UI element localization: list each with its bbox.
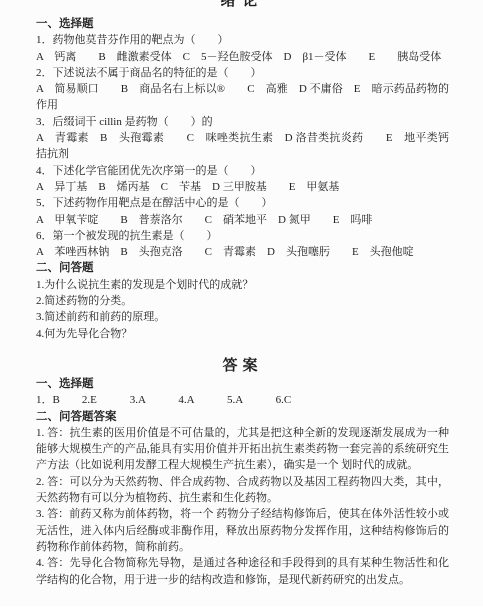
answer-paragraph: 3. 答：前药又称为前体药物，将一个 药物分子经结构修饰后，使其在体外活性较小或… — [36, 506, 449, 555]
answers-title: 答案 — [36, 356, 449, 376]
choice-section-heading: 一、选择题 — [36, 16, 449, 32]
question-text: 6．第一个被发现的抗生素是（ ） — [36, 228, 449, 244]
answer-paragraph: 1. 答：抗生素的医用价值是不可估量的，尤其是把这种全新的发现逐渐发展成为一种能… — [36, 425, 449, 474]
question-text: 5．下述药物作用靶点是在醇活中心的是（ ） — [36, 195, 449, 211]
qa-item: 4.何为先导化合物？ — [36, 326, 449, 342]
qa-section-heading: 二、问答题 — [36, 260, 449, 276]
options-text: A 甲氧苄啶 B 普萘洛尔 C 硝苯地平 D 氮甲 E 吗啡 — [36, 212, 449, 228]
doc-title: 绪论 — [36, 0, 449, 9]
question-text: 2．下述说法不属于商品名的特征的是（ ） — [36, 65, 449, 81]
question-text: 4．下述化学官能团优先次序第一的是（ ） — [36, 163, 449, 179]
options-text: A 异丁基 B 烯丙基 C 苄基 D 三甲胺基 E 甲氨基 — [36, 179, 449, 195]
answers-qa-heading: 二、问答题答案 — [36, 409, 449, 425]
answer-paragraph: 4. 答：先导化合物简称先导物，是通过各种途径和手段得到的具有某种生物活性和化学… — [36, 555, 449, 588]
options-text: A 简易顺口 B 商品名右上标以® C 高雅 D 不庸俗 E 暗示药品药物的作用 — [36, 81, 449, 114]
qa-item: 3.简述前药和前药的原理。 — [36, 309, 449, 325]
choice-answers-line: 1．B 2.E 3.A 4.A 5.A 6.C — [36, 392, 449, 408]
question-text: 3．后缀词干 cillin 是药物（ ）的 — [36, 114, 449, 130]
question-text: 1．药物他莫昔芬作用的靶点为（ ） — [36, 32, 449, 48]
qa-item: 1.为什么说抗生素的发现是个划时代的成就？ — [36, 277, 449, 293]
options-text: A 青霉素 B 头孢霉素 C 咪唑类抗生素 D 洛昔类抗炎药 E 地平类钙拮抗剂 — [36, 130, 449, 163]
document-page: 绪论 一、选择题 1．药物他莫昔芬作用的靶点为（ ） A 钙离 B 雌激素受体 … — [0, 0, 483, 606]
qa-item: 2.简述药物的分类。 — [36, 293, 449, 309]
answers-choice-heading: 一、选择题 — [36, 376, 449, 392]
options-text: A 苯唑西林钠 B 头孢克洛 C 青霉素 D 头孢噻肟 E 头孢他啶 — [36, 244, 449, 260]
answer-paragraph: 2. 答：可以分为天然药物、伴合成药物、合成药物以及基因工程药物四大类，其中，天… — [36, 474, 449, 507]
options-text: A 钙离 B 雌激素受体 C 5－羟色胺受体 D β1－受体 E 胰岛受体 — [36, 49, 449, 65]
